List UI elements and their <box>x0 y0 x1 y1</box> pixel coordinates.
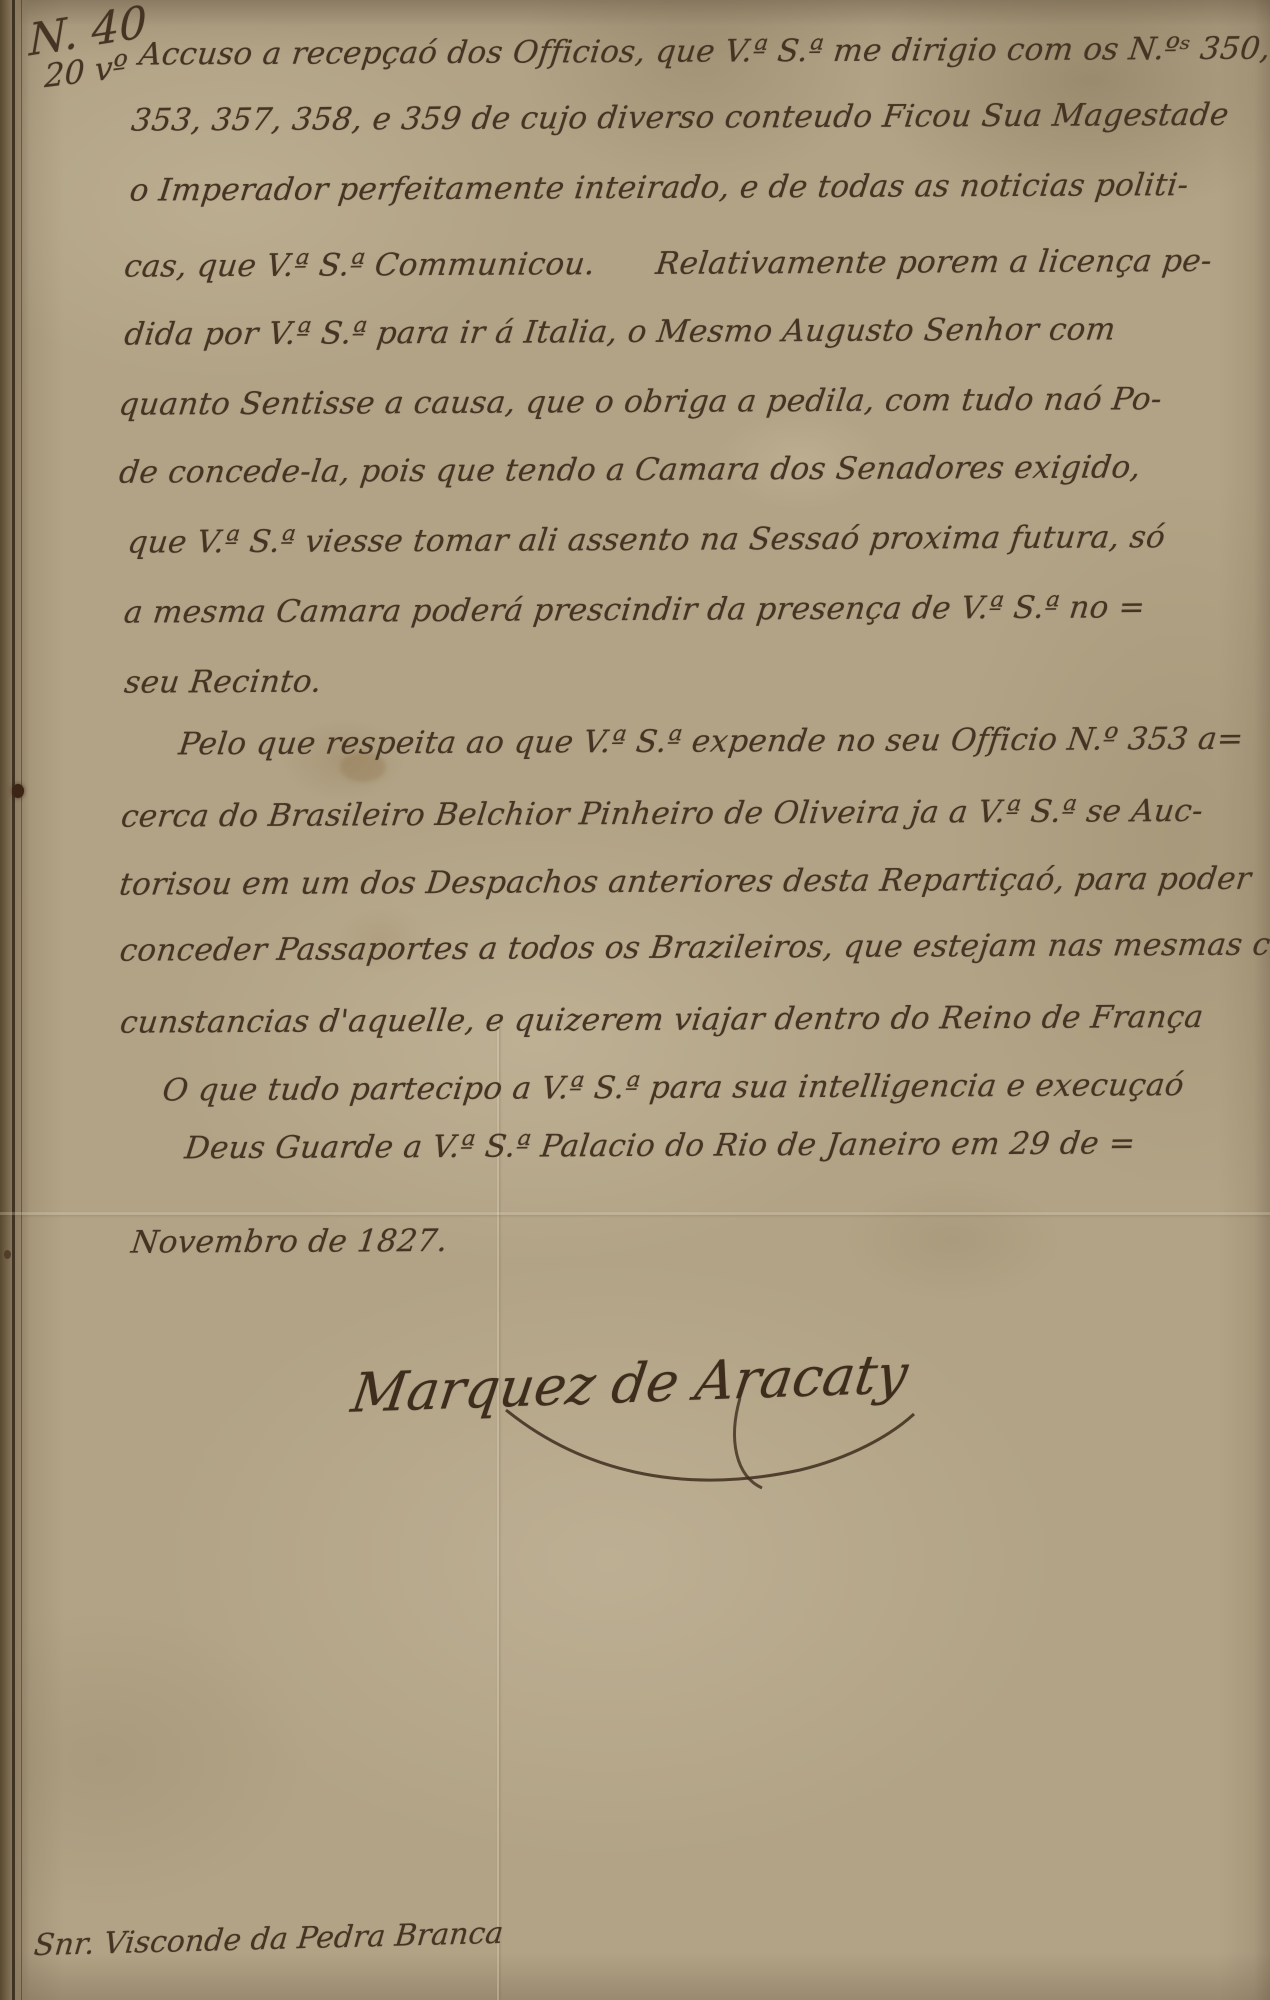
letter-line: Deus Guarde a V.ª S.ª Palacio do Rio de … <box>183 1125 1138 1166</box>
letter-line: 353, 357, 358, e 359 de cujo diverso con… <box>129 97 1230 139</box>
letter-line: o Imperador perfeitamente inteirado, e d… <box>128 167 1191 209</box>
letter-line: conceder Passaportes a todos os Brazilei… <box>118 926 1270 968</box>
manuscript-page: N. 40 20 vº Accuso a recepçaó dos Offici… <box>0 0 1270 2000</box>
letter-line: que V.ª S.ª viesse tomar ali assento na … <box>126 519 1168 560</box>
letter-line: O que tudo partecipo a V.ª S.ª para sua … <box>161 1067 1186 1108</box>
letter-body: Accuso a recepçaó dos Officios, que V.ª … <box>0 0 1270 2000</box>
letter-line: quanto Sentisse a causa, que o obriga a … <box>117 381 1164 422</box>
letter-line: cunstancias d'aquelle, e quizerem viajar… <box>118 999 1205 1041</box>
letter-line: de concede-la, pois que tendo a Camara d… <box>117 449 1143 490</box>
letter-line: seu Recinto. <box>122 664 323 701</box>
letter-line: cerca do Brasileiro Belchior Pinheiro de… <box>119 793 1205 835</box>
letter-line: Novembro de 1827. <box>129 1223 449 1261</box>
letter-line: Accuso a recepçaó dos Officios, que V.ª … <box>137 30 1270 72</box>
letter-line: a mesma Camara poderá prescindir da pres… <box>122 589 1147 630</box>
letter-line: dida por V.ª S.ª para ir á Italia, o Mes… <box>123 311 1118 352</box>
letter-line: Pelo que respeita ao que V.ª S.ª expende… <box>177 721 1246 763</box>
letter-line: torisou em um dos Despachos anteriores d… <box>117 861 1253 903</box>
letter-line: cas, que V.ª S.ª Communicou. Relativamen… <box>122 243 1214 285</box>
